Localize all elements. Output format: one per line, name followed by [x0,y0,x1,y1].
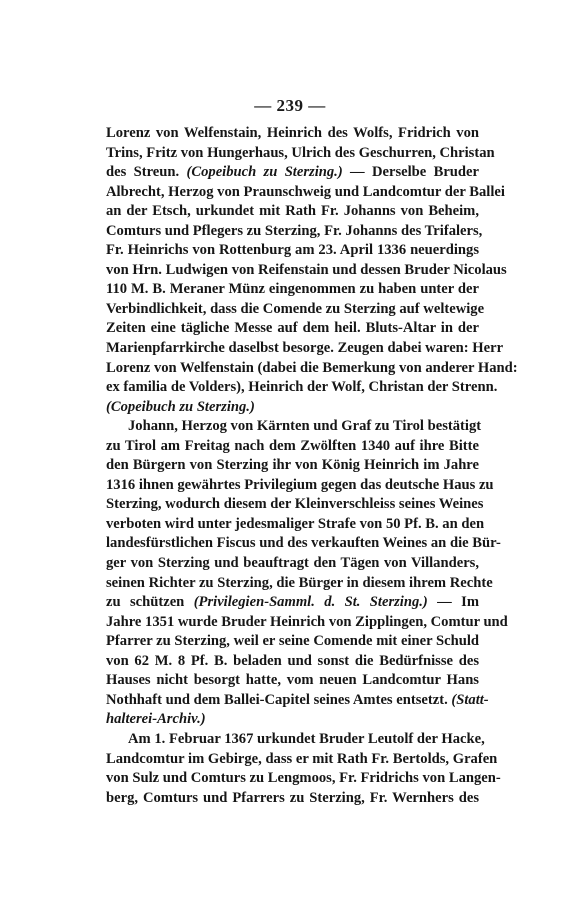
book-page: — 239 — Lorenz von Welfenstain, Heinrich… [0,0,580,905]
text-line: verboten wird unter jedesmaliger Strafe … [106,515,479,535]
text-line: von 62 M. 8 Pf. B. beladen und sonst die… [106,652,479,672]
line-text: Am 1. Februar 1367 urkundet Bruder Leuto… [128,731,485,747]
text-line: seinen Richter zu Sterzing, die Bürger i… [106,574,479,594]
text-line: halterei-Archiv.) [106,710,479,730]
line-text: zu Tirol am Freitag nach dem Zwölften 13… [106,438,479,454]
line-text: den Bürgern von Sterzing ihr von König H… [106,457,479,473]
line-text: seinen Richter zu Sterzing, die Bürger i… [106,575,493,591]
line-text: Trins, Fritz von Hungerhaus, Ulrich des … [106,145,495,161]
line-text: Landcomtur im Gebirge, dass er mit Rath … [106,751,497,767]
text-line: Fr. Heinrichs von Rottenburg am 23. Apri… [106,241,479,261]
page-number: — 239 — [0,96,580,116]
text-line: Johann, Herzog von Kärnten und Graf zu T… [106,417,479,437]
line-text: Pfarrer zu Sterzing, weil er seine Comen… [106,633,479,649]
line-text: 1316 ihnen gewährtes Privilegium gegen d… [106,477,494,493]
line-text: Nothhaft und dem Ballei-Capitel seines A… [106,692,451,708]
line-text: von 62 M. 8 Pf. B. beladen und sonst die… [106,653,479,669]
text-line: von Sulz und Comturs zu Lengmoos, Fr. Fr… [106,769,479,789]
text-line: Zeiten eine tägliche Messe auf dem heil.… [106,319,479,339]
line-text: Hauses nicht besorgt hatte, vom neuen La… [106,672,479,688]
line-text: Sterzing, wodurch diesem der Kleinversch… [106,496,483,512]
line-text: Johann, Herzog von Kärnten und Graf zu T… [128,418,481,434]
line-text: Comturs und Pflegers zu Sterzing, Fr. Jo… [106,223,482,239]
text-line: Nothhaft und dem Ballei-Capitel seines A… [106,691,479,711]
text-line: Verbindlichkeit, dass die Comende zu Ste… [106,300,479,320]
text-line: Am 1. Februar 1367 urkundet Bruder Leuto… [106,730,479,750]
text-line: Pfarrer zu Sterzing, weil er seine Comen… [106,632,479,652]
source-citation: (Copeibuch zu Sterzing.) [187,164,343,180]
line-text: landesfürstlichen Fiscus und des verkauf… [106,535,501,551]
line-text: Fr. Heinrichs von Rottenburg am 23. Apri… [106,242,479,258]
line-text: Lorenz von Welfenstain, Heinrich des Wol… [106,125,479,141]
text-line: Sterzing, wodurch diesem der Kleinversch… [106,495,479,515]
source-citation: (Privilegien-Samml. d. St. Sterzing.) [194,594,428,610]
text-line: von Hrn. Ludwigen von Reifenstain und de… [106,261,479,281]
text-line: den Bürgern von Sterzing ihr von König H… [106,456,479,476]
line-text: von Hrn. Ludwigen von Reifenstain und de… [106,262,507,278]
text-line: zu schützen (Privilegien-Samml. d. St. S… [106,593,479,613]
text-line: des Streun. (Copeibuch zu Sterzing.) — D… [106,163,479,183]
body-text: Lorenz von Welfenstain, Heinrich des Wol… [106,124,479,808]
line-text: — Derselbe Bruder [343,164,479,180]
text-line: Hauses nicht besorgt hatte, vom neuen La… [106,671,479,691]
source-citation: (Copeibuch zu Sterzing.) [106,399,255,415]
line-text: zu schützen [106,594,194,610]
line-text: — Im [428,594,479,610]
text-line: zu Tirol am Freitag nach dem Zwölften 13… [106,437,479,457]
text-line: Lorenz von Welfenstain (dabei die Bemerk… [106,359,479,379]
line-text: an der Etsch, urkundet mit Rath Fr. Joha… [106,203,479,219]
line-text: Marienpfarrkirche daselbst besorge. Zeug… [106,340,503,356]
line-text: verboten wird unter jedesmaliger Strafe … [106,516,484,532]
text-line: Albrecht, Herzog von Praunschweig und La… [106,183,479,203]
text-line: Lorenz von Welfenstain, Heinrich des Wol… [106,124,479,144]
text-line: an der Etsch, urkundet mit Rath Fr. Joha… [106,202,479,222]
line-text: des Streun. [106,164,187,180]
line-text: berg, Comturs und Pfarrers zu Sterzing, … [106,790,479,806]
text-line: Jahre 1351 wurde Bruder Heinrich von Zip… [106,613,479,633]
line-text: Zeiten eine tägliche Messe auf dem heil.… [106,320,479,336]
text-line: Trins, Fritz von Hungerhaus, Ulrich des … [106,144,479,164]
line-text: Verbindlichkeit, dass die Comende zu Ste… [106,301,484,317]
line-text: Jahre 1351 wurde Bruder Heinrich von Zip… [106,614,508,630]
text-line: 1316 ihnen gewährtes Privilegium gegen d… [106,476,479,496]
text-line: Comturs und Pflegers zu Sterzing, Fr. Jo… [106,222,479,242]
text-line: (Copeibuch zu Sterzing.) [106,398,479,418]
line-text: Albrecht, Herzog von Praunschweig und La… [106,184,505,200]
text-line: landesfürstlichen Fiscus und des verkauf… [106,534,479,554]
line-text: 110 M. B. Meraner Münz eingenommen zu ha… [106,281,479,297]
line-text: von Sulz und Comturs zu Lengmoos, Fr. Fr… [106,770,501,786]
line-text: Lorenz von Welfenstain (dabei die Bemerk… [106,360,518,376]
line-text: ger von Sterzing und beauftragt den Täge… [106,555,479,571]
text-line: Landcomtur im Gebirge, dass er mit Rath … [106,750,479,770]
line-text: ex familia de Volders), Heinrich der Wol… [106,379,497,395]
text-line: Marienpfarrkirche daselbst besorge. Zeug… [106,339,479,359]
text-line: 110 M. B. Meraner Münz eingenommen zu ha… [106,280,479,300]
source-citation: (Statt- [451,692,488,708]
text-line: berg, Comturs und Pfarrers zu Sterzing, … [106,789,479,809]
text-line: ger von Sterzing und beauftragt den Täge… [106,554,479,574]
source-citation: halterei-Archiv.) [106,711,206,727]
text-line: ex familia de Volders), Heinrich der Wol… [106,378,479,398]
